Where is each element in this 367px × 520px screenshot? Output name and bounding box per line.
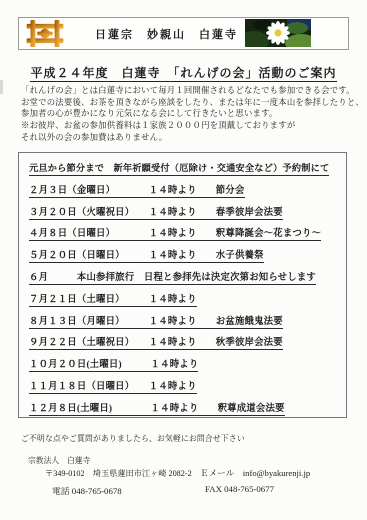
document-title-text: 平成２４年度 白蓮寺 「れんげの会」活動のご案内 — [30, 66, 336, 82]
schedule-row: ５月２０日（日曜日） １４時より 水子供養祭 — [29, 247, 346, 269]
intro-line: 参加者の心が豊かになり元気になる会にして行きたいと思います。 — [21, 108, 364, 120]
schedule-row: １１月１８日（日曜日） １４時より — [29, 378, 346, 400]
document-title: 平成２４年度 白蓮寺 「れんげの会」活動のご案内 — [0, 64, 367, 81]
schedule-row: ６月 本山参拝旅行 日程と参拝先は決定次第お知らせします — [29, 269, 346, 291]
intro-line: ※お彼岸、お盆の参加供養料は１家族２０００円を頂戴しておりますが — [21, 120, 364, 132]
schedule-box: 元旦から節分まで 新年祈願受付（厄除け・交通安全など）予約制にて ２月３日（金曜… — [18, 152, 347, 418]
intro-line: お堂での法要後、お茶を頂きながら座談をしたり、または年に一度本山を参拝したりと、 — [21, 97, 364, 109]
postal-address: 〒349-0102 埼玉県蓮田市江ヶ崎 2082-2 — [45, 468, 192, 479]
schedule-row: ７月２１日（土曜日） １４時より — [29, 291, 346, 313]
contact-note: ご不明な点やご質問がありましたら、お気軽にお問合せ下さい — [21, 433, 245, 444]
scan-smudge — [0, 80, 3, 94]
schedule-row: ９月２２日（土曜祝日） １４時より 秋季彼岸会法要 — [29, 334, 346, 356]
intro-line: それ以外の会の参加費はありません。 — [21, 132, 364, 144]
schedule-row: ２月３日（金曜日） １４時より 節分会 — [29, 182, 346, 204]
intro-paragraph: 「れんげの会」とは白蓮寺において毎月１回開催されるどなたでも参加できる会です。 … — [21, 85, 364, 144]
fax-number: FAX 048-765-0677 — [205, 484, 274, 494]
email-address: Ｅメール info@byakurenji.jp — [200, 467, 310, 479]
corporation-name: 宗教法人 白蓮寺 — [28, 455, 90, 466]
schedule-row: １２月８日(土曜日) １４時より 釈尊成道会法要 — [29, 400, 346, 422]
intro-line: 「れんげの会」とは白蓮寺において毎月１回開催されるどなたでも参加できる会です。 — [21, 85, 364, 97]
lotus-photo — [245, 19, 311, 47]
schedule-row: ８月１３日（月曜日） １４時より お盆施餓鬼法要 — [29, 313, 346, 335]
schedule-heading: 元旦から節分まで 新年祈願受付（厄除け・交通安全など）予約制にて — [29, 160, 346, 182]
scanned-temple-flyer: 日蓮宗 妙親山 白蓮寺 平 — [0, 0, 367, 520]
phone-number: 電話 048-765-0678 — [52, 484, 122, 497]
schedule-row: ３月２０日（火曜祝日） １４時より 春季彼岸会法要 — [29, 204, 346, 226]
schedule-row: ４月８日（日曜日） １４時より 釈尊降誕会～花まつり～ — [29, 225, 346, 247]
schedule-row: １０月２０日(土曜日) １４時より — [29, 356, 346, 378]
temple-header: 日蓮宗 妙親山 白蓮寺 — [18, 17, 349, 50]
